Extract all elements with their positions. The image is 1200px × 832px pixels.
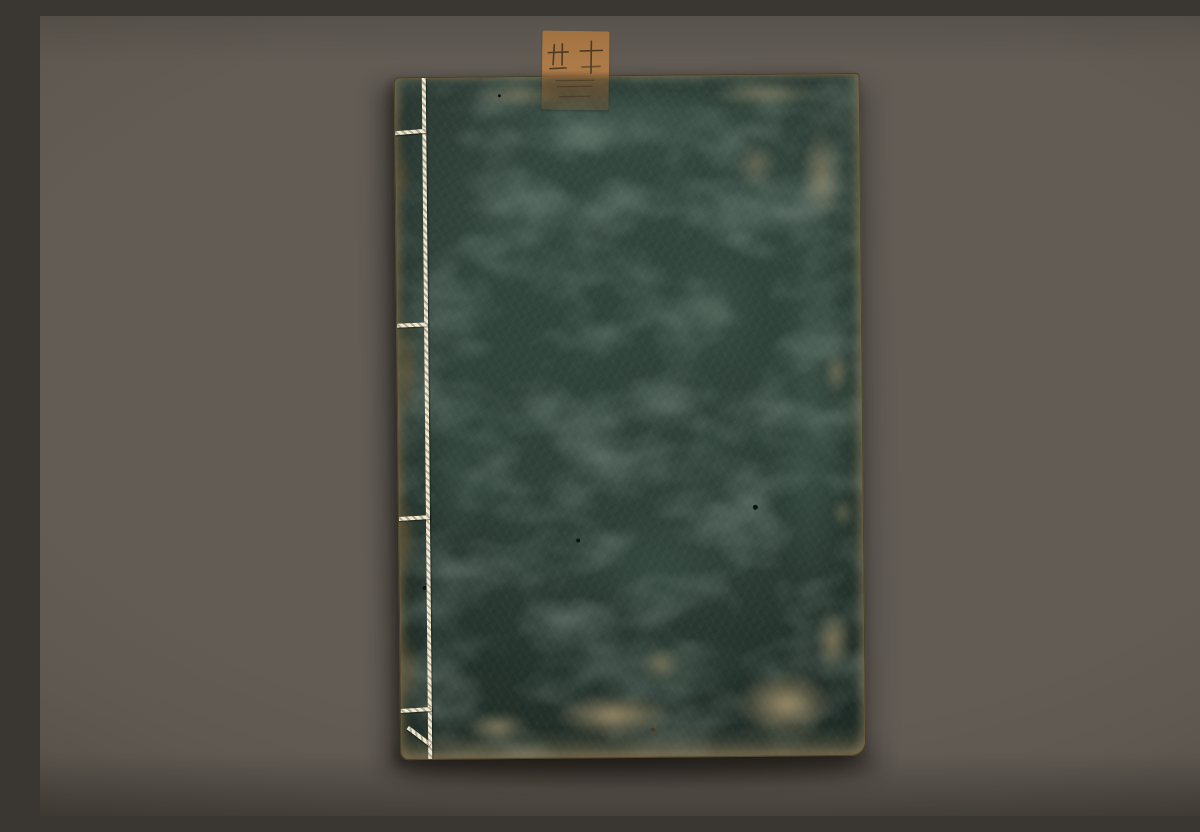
photograph-scene: Photograph of an antique East Asian stab… — [40, 16, 1200, 816]
label-inscription — [541, 31, 609, 111]
book-cover — [394, 73, 867, 760]
worn-edge-overlay — [395, 74, 866, 759]
photo-caption: Photograph of an antique East Asian stab… — [40, 16, 41, 17]
paper-label — [541, 31, 609, 111]
